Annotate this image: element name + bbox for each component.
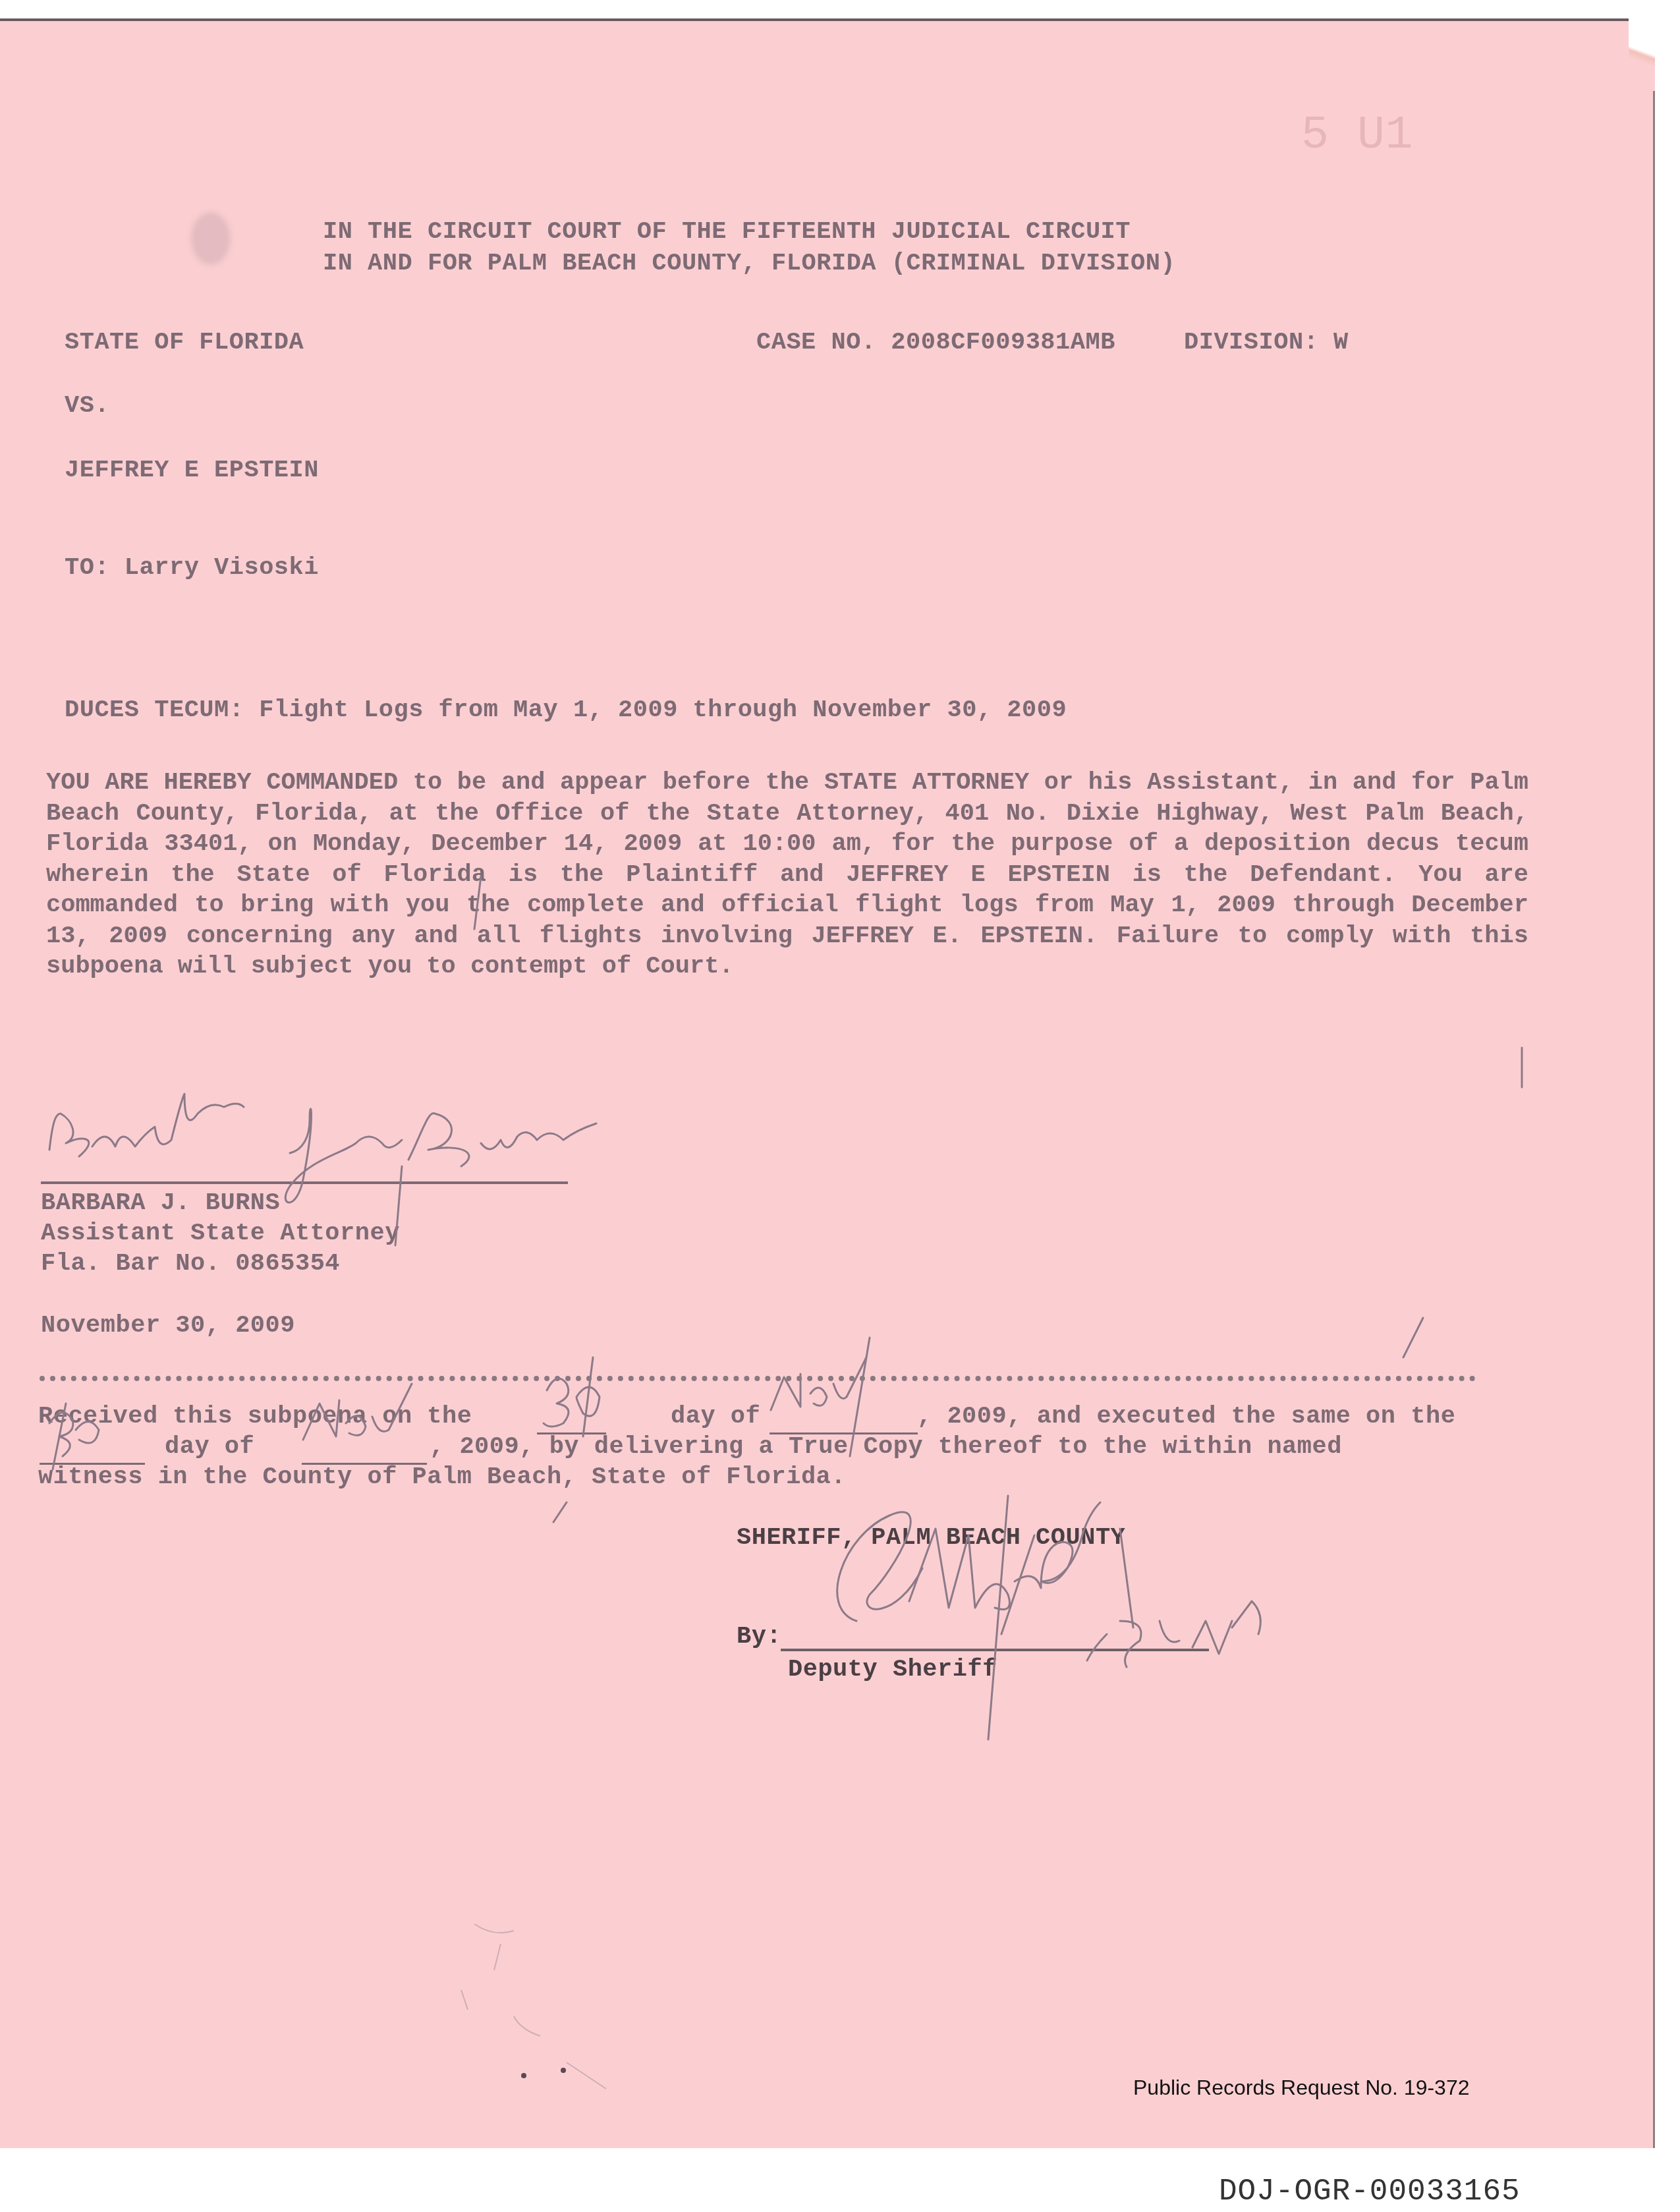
return-line-3: witness in the County of Palm Beach, Sta… [38,1465,846,1490]
duces-tecum-line: DUCES TECUM: Flight Logs from May 1, 200… [65,698,1067,723]
court-header-line-1: IN THE CIRCUIT COURT OF THE FIFTEENTH JU… [323,220,1131,244]
executed-day-blank [40,1463,145,1465]
pencil-mark: 5 U1 [1301,113,1413,159]
executed-month-blank [302,1463,427,1465]
sheriff-heading: SHERIFF, PALM BEACH COUNTY [737,1526,1125,1550]
asa-name: BARBARA J. BURNS [41,1191,280,1216]
section-divider [40,1376,1476,1381]
case-number: CASE NO. 2008CF009381AMB [756,331,1115,355]
asa-title: Assistant State Attorney [41,1222,400,1246]
deputy-signature-line [781,1649,1209,1651]
asa-bar-number: Fla. Bar No. 0865354 [41,1252,340,1276]
by-label: By: [737,1625,781,1649]
plaintiff-name: STATE OF FLORIDA [65,331,304,355]
command-paragraph: YOU ARE HEREBY COMMANDED to be and appea… [46,768,1528,982]
bates-number: DOJ-OGR-00033165 [1219,2174,1521,2209]
versus-label: VS. [65,394,109,418]
return-line-2-a: day of [165,1435,254,1460]
scan-smudge [191,212,231,265]
deputy-label: Deputy Sheriff [788,1658,997,1682]
recipient: TO: Larry Visoski [65,556,319,581]
division: DIVISION: W [1184,331,1349,355]
return-line-2-b: , 2009, by delivering a True Copy thereo… [430,1435,1342,1460]
received-day-blank [537,1432,606,1434]
received-month-blank [770,1432,918,1434]
asa-signature-line [41,1181,568,1184]
issue-date: November 30, 2009 [41,1314,295,1338]
return-line-1-a: Received this subpoena on the [38,1405,472,1429]
defendant-name: JEFFREY E EPSTEIN [65,459,319,483]
return-line-1-c: , 2009, and executed the same on the [917,1405,1455,1429]
court-header-line-2: IN AND FOR PALM BEACH COUNTY, FLORIDA (C… [323,252,1175,276]
return-line-1-b: day of [671,1405,760,1429]
subpoena-page: 5 U1 IN THE CIRCUIT COURT OF THE FIFTEEN… [0,18,1655,2148]
public-records-request-stamp: Public Records Request No. 19-372 [1133,2076,1470,2100]
